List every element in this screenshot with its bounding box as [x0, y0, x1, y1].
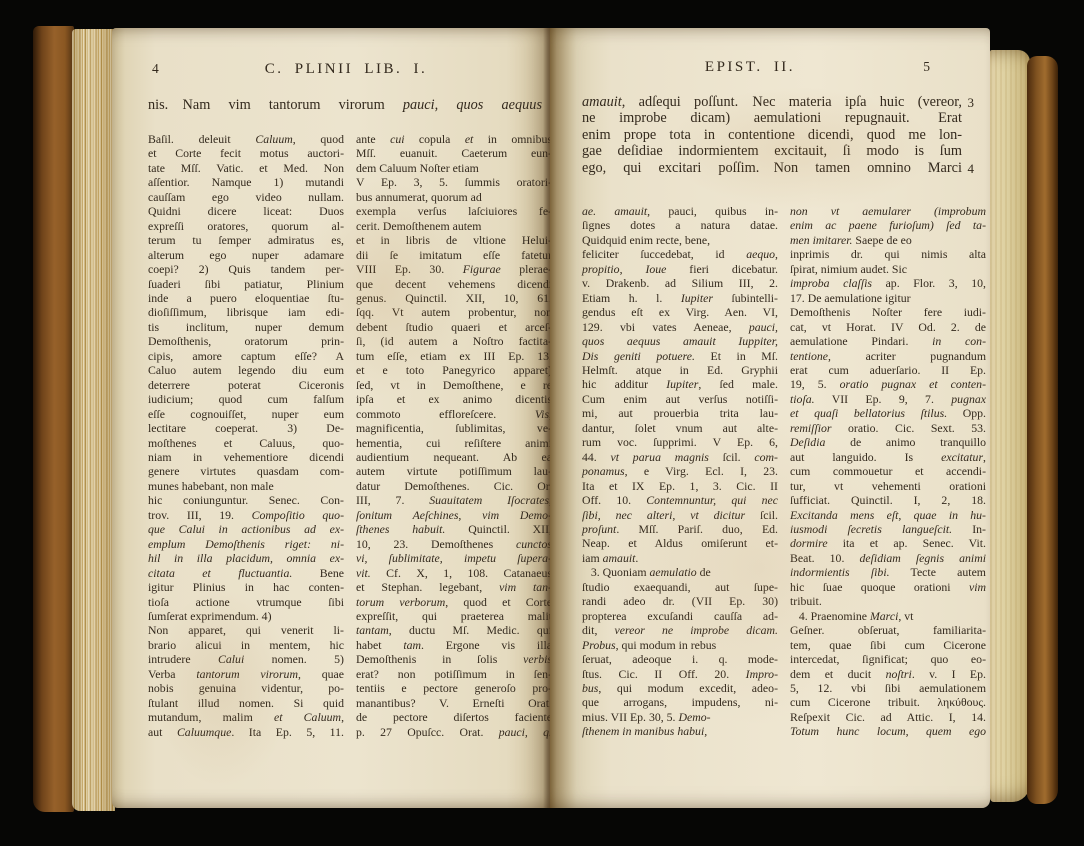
- left-running-title: C. PLINII LIB. I.: [142, 61, 550, 78]
- left-book-cover: [33, 26, 74, 812]
- left-main-text-line: nis. Nam vim tantorum virorum pauci, quo…: [148, 97, 542, 114]
- right-commentary: ae. amauit, pauci, quibus in-ſignes dote…: [582, 204, 986, 739]
- margin-section-number-4: 4: [968, 161, 975, 177]
- right-page: EPIST. II. 5 amauit, adſequi poſſunt. Ne…: [550, 28, 990, 808]
- right-commentary-column-1: ae. amauit, pauci, quibus in-ſignes dote…: [582, 204, 778, 739]
- open-book-photo: 4 C. PLINII LIB. I. nis. Nam vim tantoru…: [0, 0, 1084, 846]
- left-commentary: Baſil. deleuit Caluum, quodet Corte feci…: [148, 132, 552, 739]
- right-book-cover: [1027, 56, 1058, 804]
- right-page-edge-stack: [990, 50, 1030, 802]
- right-main-text: amauit, adſequi poſſunt. Nec materia ipſ…: [582, 94, 962, 176]
- left-fore-edge-pages: [72, 29, 115, 811]
- right-page-number: 5: [923, 59, 930, 75]
- left-page: 4 C. PLINII LIB. I. nis. Nam vim tantoru…: [112, 28, 550, 808]
- margin-section-number-3: 3: [968, 95, 975, 111]
- right-commentary-column-2: non vt aemularer (improbumenim ac paene …: [790, 204, 986, 739]
- left-commentary-column-2: ante cui copula et in omnibusMſſ. euanui…: [356, 132, 552, 739]
- left-commentary-column-1: Baſil. deleuit Caluum, quodet Corte feci…: [148, 132, 344, 739]
- right-running-title: EPIST. II.: [550, 59, 950, 76]
